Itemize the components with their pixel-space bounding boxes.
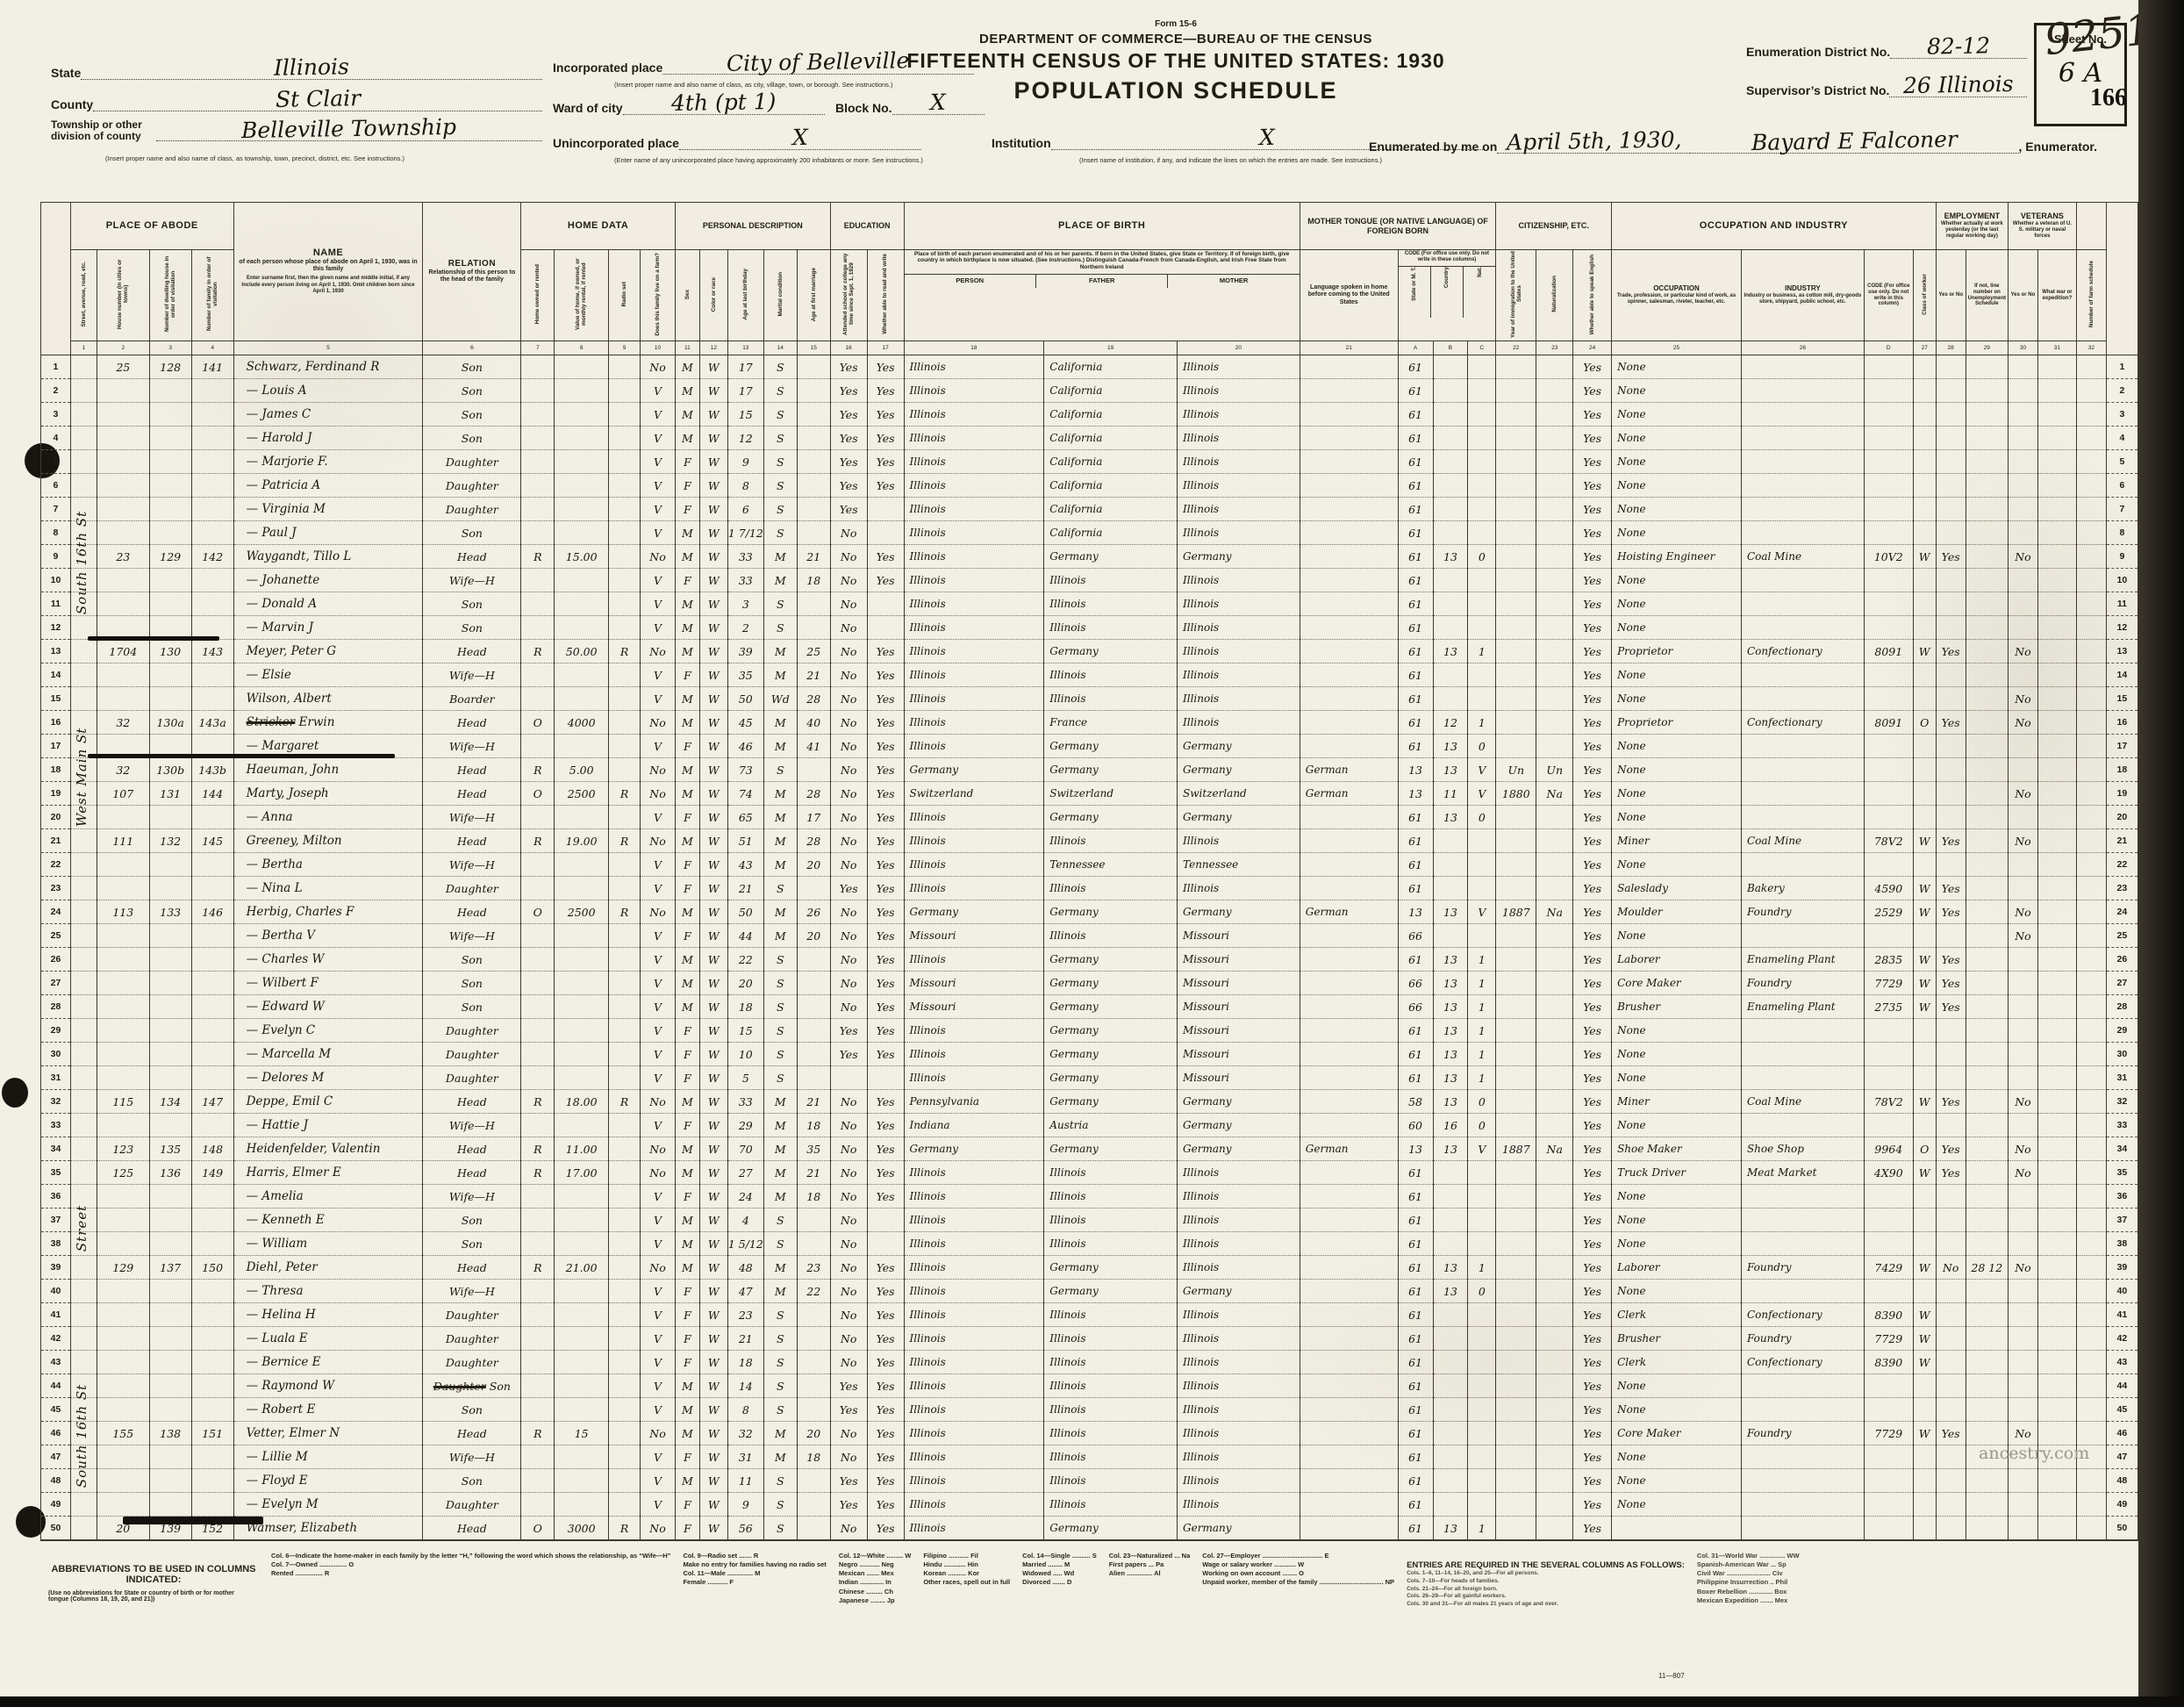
cell: F [675, 1493, 699, 1517]
col-birthplaces: Place of birth of each person enumerated… [904, 250, 1300, 341]
cell: Yes [867, 1019, 904, 1043]
table-row: 2— Louis ASonVMW17SYesYesIllinoisCalifor… [41, 379, 2138, 403]
cell [2076, 711, 2106, 735]
cell [1496, 829, 1536, 853]
sheet-scribble: 9251 [2042, 5, 2153, 65]
cell: Missouri [904, 995, 1044, 1019]
cell: Yes [830, 474, 867, 498]
cell: Germany [1044, 758, 1178, 782]
cell: Illinois [1044, 1232, 1178, 1256]
cell: No [830, 1280, 867, 1303]
cell: Yes [867, 450, 904, 474]
cell: Germany [1178, 900, 1300, 924]
cell: 128 [149, 355, 191, 379]
cell: 7429 [1864, 1256, 1913, 1280]
cell [1496, 924, 1536, 948]
cell: Yes [867, 948, 904, 972]
cell: None [1612, 1493, 1742, 1517]
cell: W [699, 1232, 727, 1256]
cell [1936, 1209, 1966, 1232]
supervisor-district-field: Supervisor’s District No. 26 Illinois [1746, 75, 2027, 97]
cell: No [830, 995, 867, 1019]
cell: No [641, 1161, 676, 1185]
cell: No [641, 1422, 676, 1445]
col-number: 18 [904, 341, 1044, 355]
cell [1496, 474, 1536, 498]
cell [1913, 355, 1936, 379]
cell [521, 355, 555, 379]
table-row: 30— Marcella MDaughterVFW10SYesYesIllino… [41, 1043, 2138, 1066]
cell: Illinois [1044, 1422, 1178, 1445]
cell [1864, 1445, 1913, 1469]
cell [1966, 924, 2008, 948]
ed-value: 82-12 [1927, 36, 1990, 57]
cell: Illinois [904, 1374, 1044, 1398]
table-row: 1632130a143aStricker ErwinHeadO4000NoMW4… [41, 711, 2138, 735]
cell: Germany [1178, 1090, 1300, 1114]
cell: F [675, 1114, 699, 1137]
cell: Yes [867, 1185, 904, 1209]
cell [2076, 806, 2106, 829]
cell [1966, 569, 2008, 592]
cell [609, 355, 641, 379]
cell [70, 355, 97, 379]
col-radio: Radio set [609, 250, 641, 341]
cell [555, 1374, 609, 1398]
cell [1913, 569, 1936, 592]
cell: M [675, 1232, 699, 1256]
cell [609, 1398, 641, 1422]
cell: W [699, 1019, 727, 1043]
cell: No [641, 829, 676, 853]
cell: V [641, 1327, 676, 1351]
cell: None [1612, 403, 1742, 427]
cell: Yes [867, 1469, 904, 1493]
cell: Enameling Plant [1741, 995, 1864, 1019]
cell: Son [423, 995, 521, 1019]
cell [2076, 1493, 2106, 1517]
cell: Illinois [904, 569, 1044, 592]
cell [1913, 1493, 1936, 1517]
cell: V [641, 1493, 676, 1517]
cell: M [763, 1445, 797, 1469]
cell [609, 592, 641, 616]
cell [1913, 806, 1936, 829]
cell: Illinois [1178, 1398, 1300, 1422]
cell [149, 1493, 191, 1517]
cell: Meat Market [1741, 1161, 1864, 1185]
cell: Yes [830, 1043, 867, 1066]
cell: Yes [1573, 592, 1612, 616]
cell [1913, 592, 1936, 616]
cell [1496, 450, 1536, 474]
cell: W [699, 1351, 727, 1374]
cell: Hoisting Engineer [1612, 545, 1742, 569]
cell [1496, 687, 1536, 711]
cell [1966, 853, 2008, 877]
cell [1741, 1398, 1864, 1422]
cell [1433, 569, 1468, 592]
table-row: 14— ElsieWife—HVFW35M21NoYesIllinoisIlli… [41, 663, 2138, 687]
cell: 21 [797, 545, 830, 569]
street-name-vertical: South 16th St [74, 1275, 90, 1488]
cell: Yes [1936, 1090, 1966, 1114]
cell [555, 995, 609, 1019]
cell: V [641, 474, 676, 498]
cell: None [1612, 806, 1742, 829]
abbreviation-block: Col. 27—Employer .......................… [1202, 1552, 1394, 1588]
cell [1300, 1019, 1398, 1043]
cell: M [763, 640, 797, 663]
cell: Daughter [423, 498, 521, 521]
cell: Head [423, 1517, 521, 1541]
cell: S [763, 403, 797, 427]
cell: Un [1536, 758, 1573, 782]
cell: — Thresa [233, 1280, 423, 1303]
col-number: 1 [70, 341, 97, 355]
cell [2076, 853, 2106, 877]
cell: Yes [867, 735, 904, 758]
cell: S [763, 498, 797, 521]
cell: Yes [867, 972, 904, 995]
cell [1468, 474, 1496, 498]
unincorporated-note: (Enter name of any unincorporated place … [614, 156, 923, 164]
cell: S [763, 1043, 797, 1066]
cell: 1 5/12 [727, 1232, 763, 1256]
cell: M [675, 1209, 699, 1232]
cell [191, 1493, 233, 1517]
cell [555, 592, 609, 616]
cell [1536, 853, 1573, 877]
cell [1496, 1327, 1536, 1351]
cell [1496, 735, 1536, 758]
cell [609, 1256, 641, 1280]
cell [1966, 450, 2008, 474]
cell: W [699, 569, 727, 592]
cell: W [699, 403, 727, 427]
cell: — Elsie [233, 663, 423, 687]
cell: Yes [1573, 758, 1612, 782]
cell [1468, 592, 1496, 616]
cell: Herbig, Charles F [233, 900, 423, 924]
cell [2037, 1232, 2076, 1256]
cell: Yes [867, 1398, 904, 1422]
cell [2008, 1185, 2037, 1209]
col-mother-tongue: Language spoken in home before coming to… [1300, 250, 1398, 341]
cell [2008, 1019, 2037, 1043]
cell: California [1044, 474, 1178, 498]
cell: None [1612, 569, 1742, 592]
cell: Stricker Erwin [233, 711, 423, 735]
cell: Illinois [1178, 1374, 1300, 1398]
cell [1936, 853, 1966, 877]
cell: Head [423, 758, 521, 782]
cell: 13 [1398, 758, 1433, 782]
cell [1966, 758, 2008, 782]
cell [191, 1327, 233, 1351]
cell: — Wilbert F [233, 972, 423, 995]
cell: — Luala E [233, 1327, 423, 1351]
cell [1913, 450, 1936, 474]
cell [1496, 972, 1536, 995]
cell [1300, 711, 1398, 735]
cell: Yes [1573, 1303, 1612, 1327]
cell [1864, 1374, 1913, 1398]
cell [149, 379, 191, 403]
cell [2037, 498, 2076, 521]
cell [191, 1303, 233, 1327]
cell [1936, 687, 1966, 711]
cell: Illinois [904, 877, 1044, 900]
block-label: Block No. [835, 101, 892, 115]
cell: S [763, 877, 797, 900]
cell: Head [423, 640, 521, 663]
cell: 25 [797, 640, 830, 663]
cell: Proprietor [1612, 711, 1742, 735]
cell [2076, 640, 2106, 663]
cell [149, 995, 191, 1019]
cell: V [1468, 782, 1496, 806]
sd-label: Supervisor’s District No. [1746, 83, 1889, 97]
cell: M [675, 900, 699, 924]
cell: 38 [2106, 1232, 2137, 1256]
cell: Yes [1573, 379, 1612, 403]
cell [97, 853, 149, 877]
cell: V [641, 972, 676, 995]
cell [797, 1374, 830, 1398]
cell: No [1936, 1256, 1966, 1280]
cell: Clerk [1612, 1351, 1742, 1374]
cell: 17 [797, 806, 830, 829]
cell: 18 [797, 1114, 830, 1137]
cell: W [699, 735, 727, 758]
cell [1913, 379, 1936, 403]
cell: W [1913, 1256, 1936, 1280]
cell: 26 [41, 948, 71, 972]
cell [609, 948, 641, 972]
col-occupation-code: CODE (For office use only. Do not write … [1864, 250, 1913, 341]
col-read-write: Whether able to read and write [867, 250, 904, 341]
cell: M [763, 545, 797, 569]
cell: Yes [1936, 948, 1966, 972]
cell: V [1468, 1137, 1496, 1161]
cell: 151 [191, 1422, 233, 1445]
cell: 23 [2106, 877, 2137, 900]
cell [1496, 1374, 1536, 1398]
cell: M [675, 1137, 699, 1161]
table-row: 5020139152Wamser, ElizabethHeadO3000RNoF… [41, 1517, 2138, 1541]
cell: W [699, 900, 727, 924]
cell [1468, 687, 1496, 711]
cell [191, 474, 233, 498]
cell [1433, 403, 1468, 427]
cell: Illinois [904, 1209, 1044, 1232]
col-dwelling: Number of dwelling house in order of vis… [149, 250, 191, 341]
cell [1966, 877, 2008, 900]
cell [2008, 806, 2037, 829]
col-speak-english: Whether able to speak English [1573, 250, 1612, 341]
cell [830, 1066, 867, 1090]
cell: 21 [727, 1327, 763, 1351]
cell [149, 521, 191, 545]
cell: W [699, 474, 727, 498]
cell: Yes [830, 355, 867, 379]
cell: V [641, 616, 676, 640]
cell: 20 [797, 924, 830, 948]
cell: M [763, 1161, 797, 1185]
cell [1468, 1303, 1496, 1327]
cell: W [699, 1066, 727, 1090]
cell: Yes [1573, 521, 1612, 545]
cell: No [830, 735, 867, 758]
table-row: 42— Luala EDaughterVFW21SNoYesIllinoisIl… [41, 1327, 2138, 1351]
cell: M [763, 663, 797, 687]
cell [521, 616, 555, 640]
cell [867, 498, 904, 521]
cell [1864, 782, 1913, 806]
cell: Yes [1573, 1493, 1612, 1517]
cell [1433, 1493, 1468, 1517]
cell [1741, 450, 1864, 474]
cell [1496, 545, 1536, 569]
institution-note: (Insert name of institution, if any, and… [1079, 156, 1382, 164]
cell [1864, 806, 1913, 829]
cell: 12 [1433, 711, 1468, 735]
cell [1468, 498, 1496, 521]
cell [797, 1517, 830, 1541]
cell [191, 687, 233, 711]
cell [1496, 1280, 1536, 1303]
cell: 61 [1398, 427, 1433, 450]
cell: Coal Mine [1741, 829, 1864, 853]
cell: W [699, 782, 727, 806]
cell [2076, 829, 2106, 853]
cell: 61 [1398, 640, 1433, 663]
cell [1936, 379, 1966, 403]
cell [2076, 948, 2106, 972]
cell [521, 569, 555, 592]
cell: W [1913, 1351, 1936, 1374]
cell: Illinois [904, 1445, 1044, 1469]
cell: M [763, 735, 797, 758]
cell [1300, 995, 1398, 1019]
cell [1536, 521, 1573, 545]
table-row: 125128141Schwarz, Ferdinand RSonNoMW17SY… [41, 355, 2138, 379]
cell: 13 [1433, 758, 1468, 782]
table-row: 44— Raymond WDaughter SonVMW14SYesYesIll… [41, 1374, 2138, 1398]
cell [2076, 1280, 2106, 1303]
cell: V [641, 806, 676, 829]
cell [797, 1469, 830, 1493]
col-number: 11 [675, 341, 699, 355]
cell: None [1612, 592, 1742, 616]
cell: No [641, 1256, 676, 1280]
table-row: 37— Kenneth ESonVMW4SNoIllinoisIllinoisI… [41, 1209, 2138, 1232]
cell: Head [423, 711, 521, 735]
cell: M [675, 640, 699, 663]
cell: Illinois [1044, 1374, 1178, 1398]
cell [1468, 1209, 1496, 1232]
cell [1966, 427, 2008, 450]
cell: 2 [727, 616, 763, 640]
cell [1936, 355, 1966, 379]
cell [1864, 853, 1913, 877]
table-header: PLACE OF ABODE NAMEof each person whose … [41, 203, 2138, 355]
cell: W [699, 663, 727, 687]
cell: 43 [41, 1351, 71, 1374]
cell: Greeney, Milton [233, 829, 423, 853]
cell: Confectionary [1741, 1303, 1864, 1327]
cell: 61 [1398, 1161, 1433, 1185]
cell [1536, 379, 1573, 403]
cell: W [1913, 995, 1936, 1019]
cell [609, 498, 641, 521]
cell: Boarder [423, 687, 521, 711]
cell [797, 1043, 830, 1066]
cell: Head [423, 1137, 521, 1161]
cell [1496, 592, 1536, 616]
cell [555, 1114, 609, 1137]
street-name-vertical: South 16th St [74, 402, 90, 614]
cell: 15 [555, 1422, 609, 1445]
cell: O [521, 782, 555, 806]
cell: S [763, 427, 797, 450]
cell [1536, 735, 1573, 758]
cell [1864, 427, 1913, 450]
cell: V [641, 948, 676, 972]
cell [1913, 1517, 1936, 1541]
cell: F [675, 450, 699, 474]
cell [1496, 427, 1536, 450]
cell: 50 [2106, 1517, 2137, 1541]
cell [1300, 592, 1398, 616]
cell: 13 [1433, 900, 1468, 924]
cell: 44 [727, 924, 763, 948]
cell: 61 [1398, 474, 1433, 498]
cell [97, 1327, 149, 1351]
cell [521, 1445, 555, 1469]
cell: Illinois [904, 806, 1044, 829]
cell: V [641, 663, 676, 687]
cell [2037, 640, 2076, 663]
cell: 0 [1468, 806, 1496, 829]
cell: Yes [1573, 1351, 1612, 1374]
cell: 28 12 [1966, 1256, 2008, 1280]
cell: S [763, 1327, 797, 1351]
cell [2008, 853, 2037, 877]
cell [1966, 829, 2008, 853]
cell: 13 [1433, 1066, 1468, 1090]
cell [2008, 1351, 2037, 1374]
cell: 18 [2106, 758, 2137, 782]
cell: No [830, 640, 867, 663]
cell: 143b [191, 758, 233, 782]
cell [609, 1066, 641, 1090]
cell: 0 [1468, 1090, 1496, 1114]
cell [1300, 1351, 1398, 1374]
cell: W [699, 1090, 727, 1114]
cell [1300, 1374, 1398, 1398]
cell: Yes [1573, 450, 1612, 474]
cell [609, 1469, 641, 1493]
cell: 13 [1398, 1137, 1433, 1161]
cell [1936, 1280, 1966, 1303]
cell: Illinois [904, 1303, 1044, 1327]
cell: Son [423, 592, 521, 616]
cell: 7729 [1864, 1327, 1913, 1351]
cell [2037, 427, 2076, 450]
cell: V [641, 735, 676, 758]
